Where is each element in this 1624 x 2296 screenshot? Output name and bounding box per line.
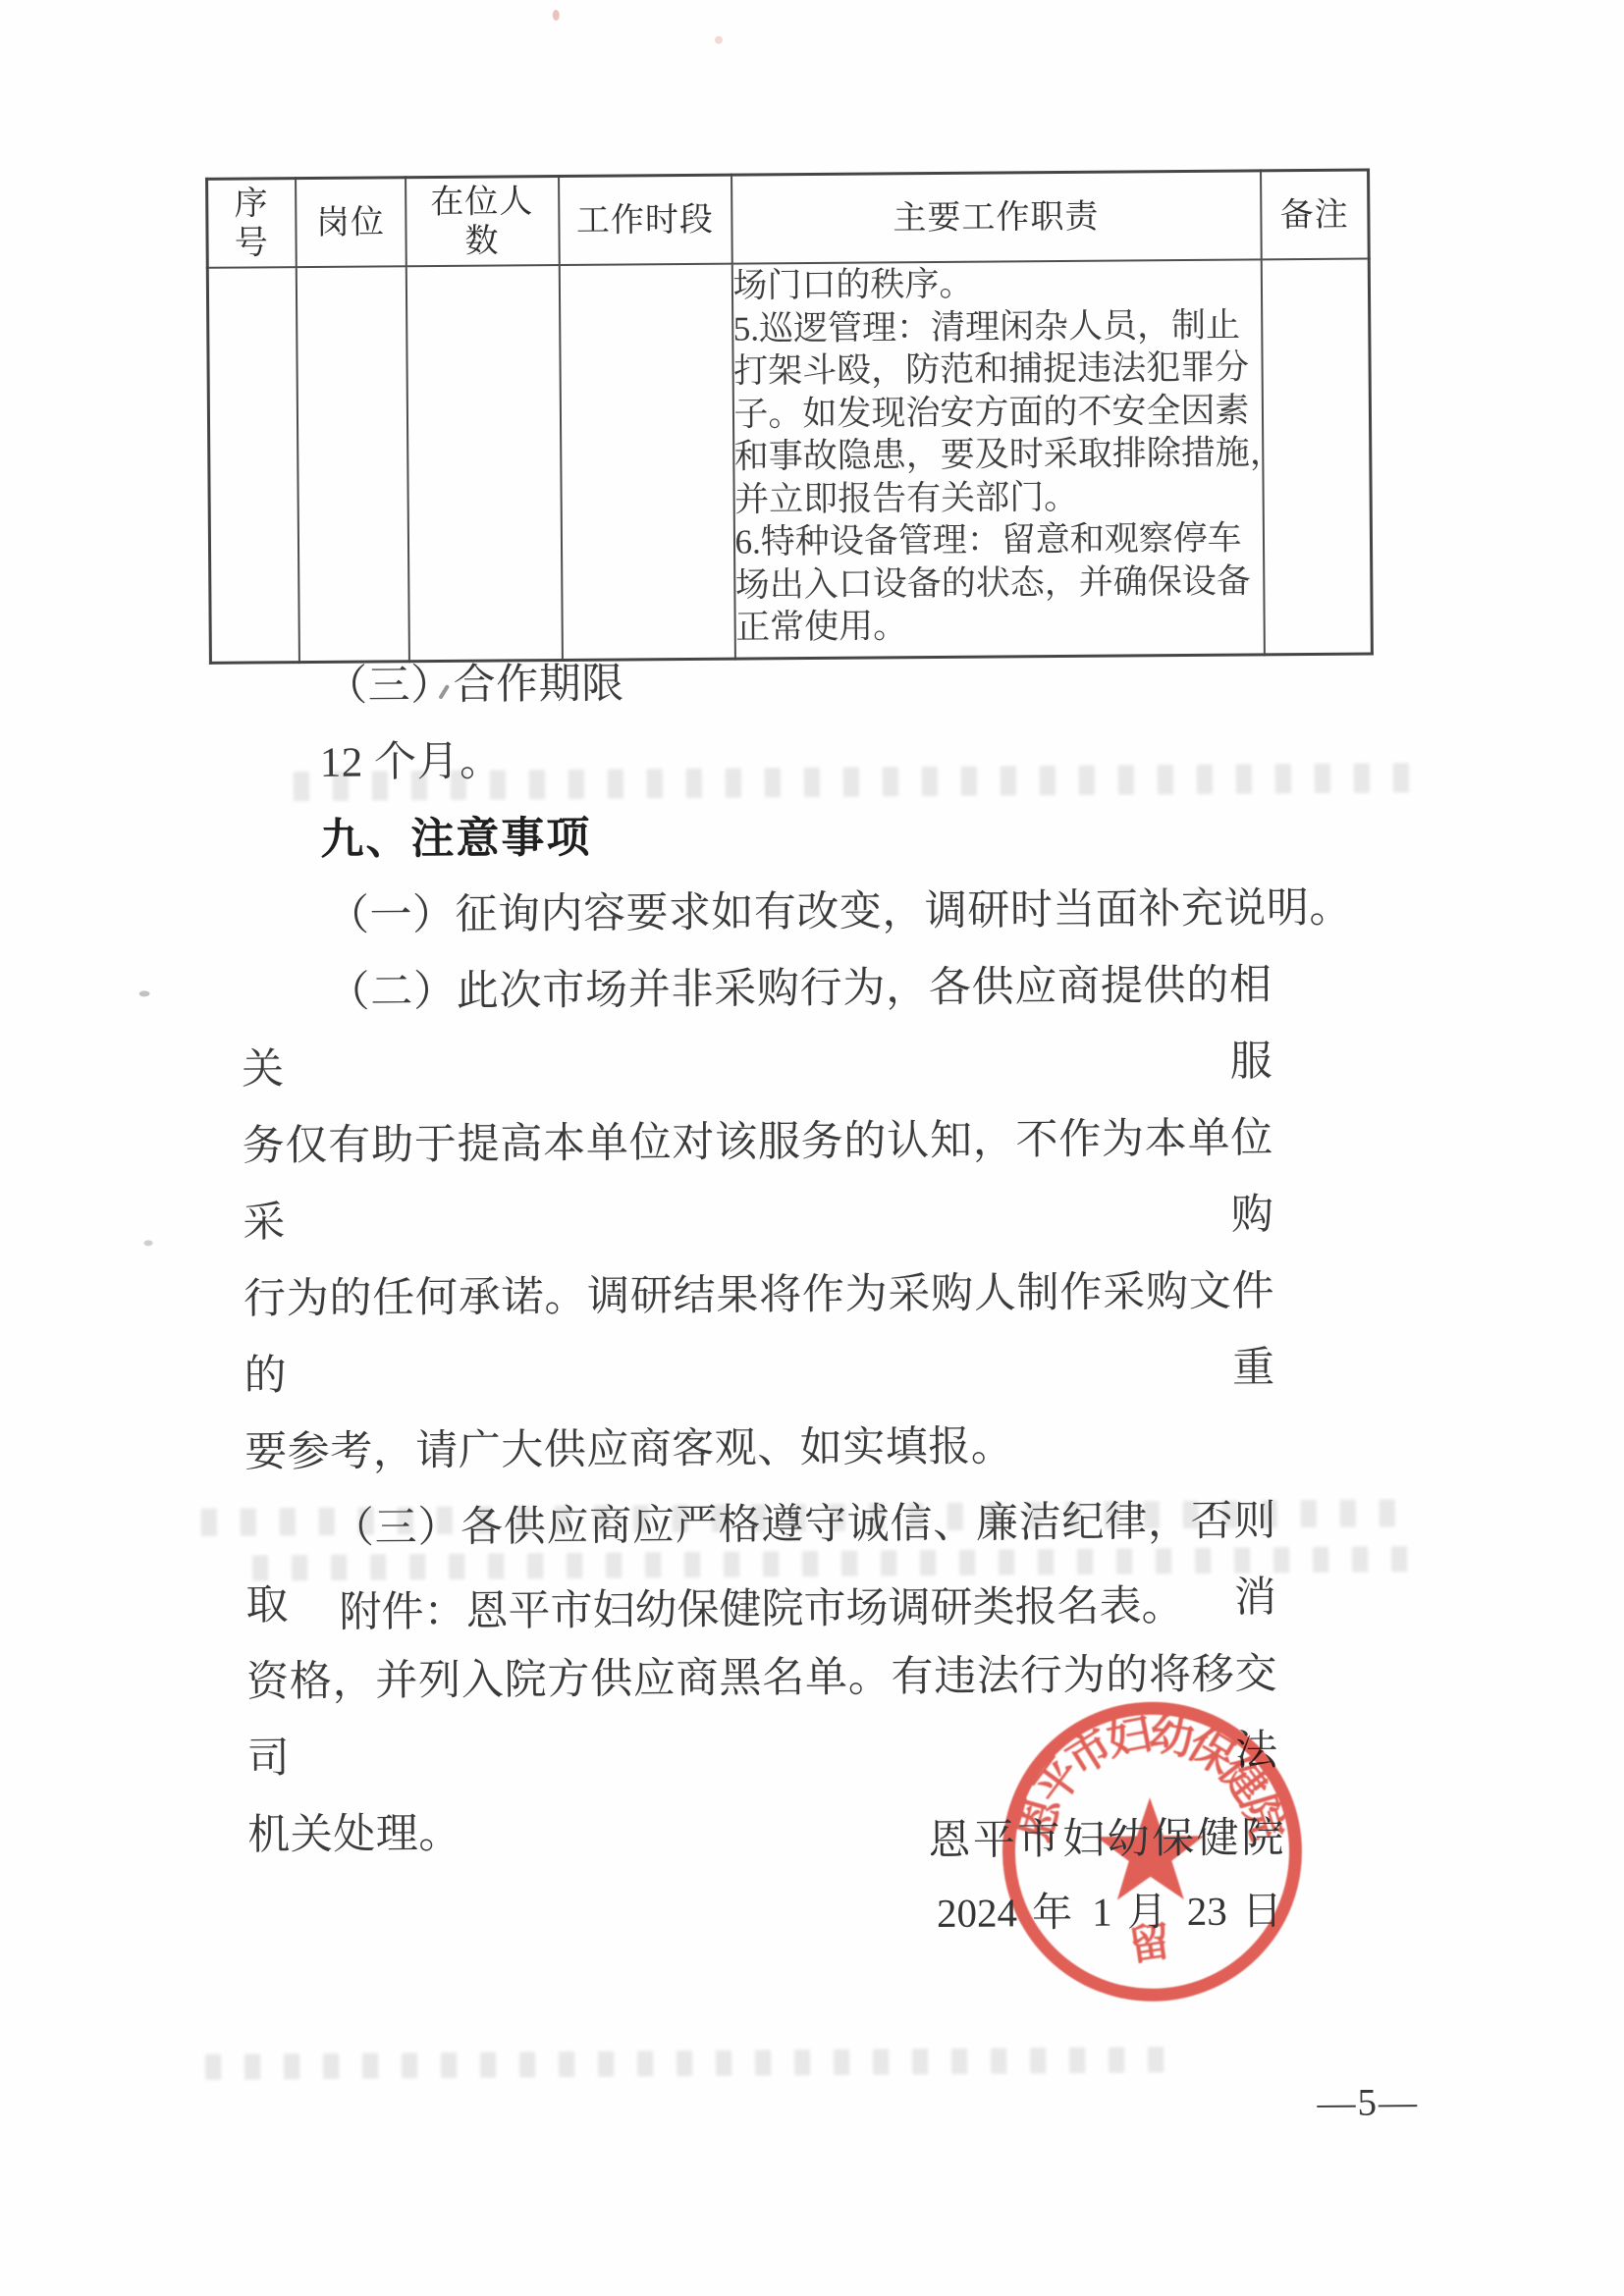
body-line: 要参考，请广大供应商客观、如实填报。: [244, 1407, 1276, 1491]
duty-line: 和事故隐患，要及时采取排除措施，: [734, 431, 1262, 478]
header-post: 岗位: [296, 178, 406, 267]
scan-speck: [553, 10, 560, 21]
duty-line: 并立即报告有关部门。: [734, 474, 1262, 521]
page-content: 序号 岗位 在位人数 工作时段 主要工作职责 备注 场门口的秩序。 5.巡逻管理…: [0, 0, 1624, 2296]
cell-seq: [207, 267, 298, 663]
cell-headcount: [406, 265, 562, 662]
header-seq: 序号: [207, 179, 297, 268]
duty-line: 5.巡逻管理：清理闲杂人员，制止: [733, 303, 1261, 350]
subsection-heading-cooperation-period: （三）合作期限: [239, 641, 1271, 725]
staffing-table: 序号 岗位 在位人数 工作时段 主要工作职责 备注 场门口的秩序。 5.巡逻管理…: [205, 169, 1374, 665]
table-header-row: 序号 岗位 在位人数 工作时段 主要工作职责 备注: [207, 170, 1370, 268]
scan-speck: [139, 990, 150, 996]
duty-line: 子。如发现治安方面的不安全因素: [733, 389, 1261, 436]
page-number: —5—: [1317, 2080, 1419, 2125]
body-line: 务仅有助于提高本单位对该服务的认知，不作为本单位采购: [243, 1100, 1274, 1261]
cell-duties: 场门口的秩序。 5.巡逻管理：清理闲杂人员，制止 打架斗殴，防范和捕捉违法犯罪分…: [731, 259, 1264, 659]
section-heading-notes: 九、注意事项: [240, 794, 1272, 879]
cell-post: [296, 266, 408, 662]
duty-line: 打架斗殴，防范和捕捉违法犯罪分: [733, 346, 1261, 393]
duty-line: 场出入口设备的状态，并确保设备: [735, 560, 1263, 607]
table-row: 场门口的秩序。 5.巡逻管理：清理闲杂人员，制止 打架斗殴，防范和捕捉违法犯罪分…: [207, 259, 1372, 664]
scan-speck: [715, 36, 723, 44]
scanned-document-page: 序号 岗位 在位人数 工作时段 主要工作职责 备注 场门口的秩序。 5.巡逻管理…: [0, 0, 1624, 2296]
scan-ghost-band: [205, 2047, 1167, 2080]
body-line: （一）征询内容要求如有改变，调研时当面补充说明。: [241, 871, 1272, 955]
header-remark: 备注: [1261, 170, 1370, 259]
body-line: 行为的任何承诺。调研结果将作为采购人制作采购文件的重: [244, 1254, 1275, 1415]
signature-org: 恩平市妇幼保健院: [928, 1804, 1283, 1867]
header-shift: 工作时段: [559, 175, 732, 265]
body-line: （二）此次市场并非采购行为，各供应商提供的相关服: [241, 947, 1272, 1108]
header-duties: 主要工作职责: [731, 171, 1262, 264]
duty-line: 场门口的秩序。: [732, 260, 1260, 307]
header-headcount: 在位人数: [406, 177, 560, 267]
scan-speck: [144, 1240, 153, 1246]
signature-date: 2024 年 1 月 23 日: [937, 1878, 1282, 1939]
cell-shift: [559, 264, 734, 661]
attachment-line: 附件：恩平市妇幼保健院市场调研类报名表。: [245, 1567, 1420, 1652]
duty-line: 6.特种设备管理：留意和观察停车: [734, 516, 1262, 563]
